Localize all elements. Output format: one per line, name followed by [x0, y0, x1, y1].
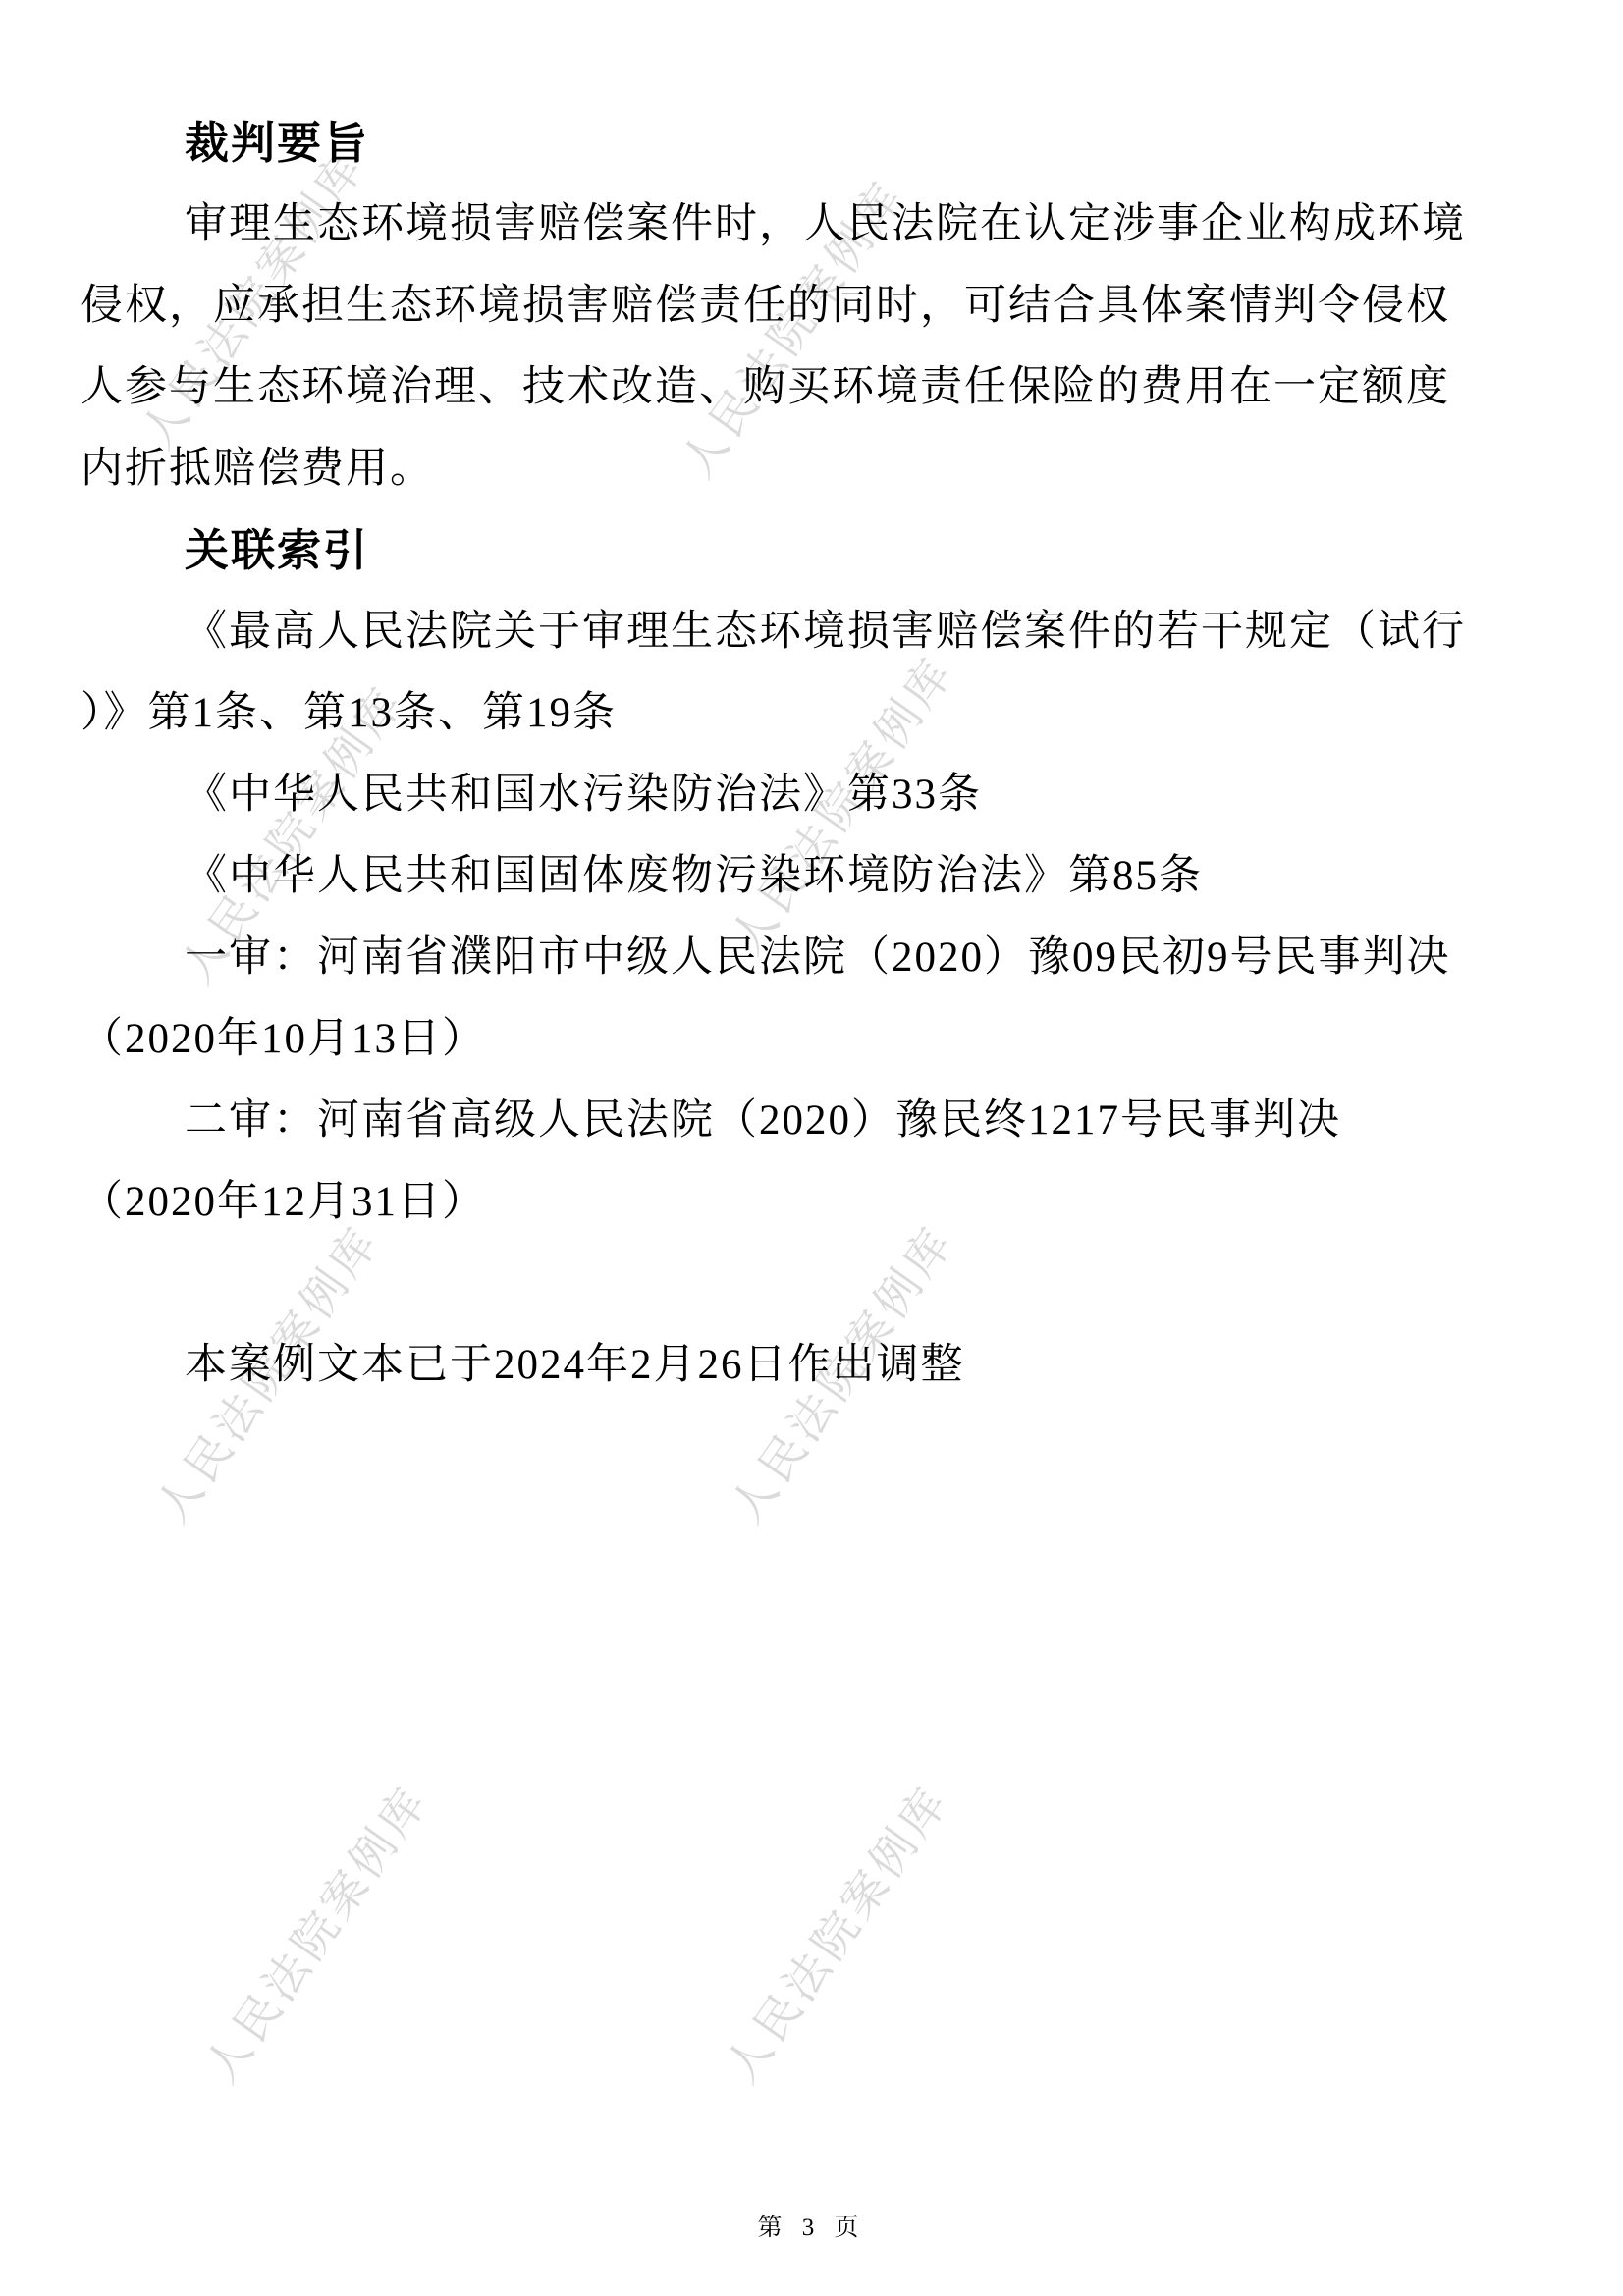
- body-line: （2020年12月31日）: [81, 1161, 1542, 1243]
- page-footer: 第 3 页: [0, 2207, 1623, 2250]
- body-line: ）》第1条、第13条、第19条: [81, 672, 1542, 754]
- body-line: 《中华人民共和国固体废物污染环境防治法》第85条: [81, 835, 1542, 917]
- body-line: （2020年10月13日）: [81, 998, 1542, 1080]
- watermark-text: 人民法院案例库: [690, 1744, 980, 2119]
- document-page: 人民法院案例库 人民法院案例库 人民法院案例库 人民法院案例库 人民法院案例库 …: [0, 0, 1623, 2296]
- body-line: 一审：河南省濮阳市中级人民法院（2020）豫09民初9号民事判决: [81, 917, 1542, 998]
- heading-related-index: 关联索引: [81, 509, 1542, 591]
- heading-adjudication-gist: 裁判要旨: [81, 102, 1542, 184]
- body-line: 侵权，应承担生态环境损害赔偿责任的同时，可结合具体案情判令侵权: [81, 265, 1542, 347]
- body-line: 人参与生态环境治理、技术改造、购买环境责任保险的费用在一定额度: [81, 347, 1542, 428]
- body-line: 《中华人民共和国水污染防治法》第33条: [81, 754, 1542, 835]
- page-number: 第 3 页: [757, 2215, 865, 2241]
- note-line: 本案例文本已于2024年2月26日作出调整: [81, 1324, 1542, 1406]
- body-line: 二审：河南省高级人民法院（2020）豫民终1217号民事判决: [81, 1080, 1542, 1161]
- body-line: 内折抵赔偿费用。: [81, 428, 1542, 509]
- blank-line: [81, 1243, 1542, 1324]
- body-line: 审理生态环境损害赔偿案件时，人民法院在认定涉事企业构成环境: [81, 184, 1542, 265]
- watermark-text: 人民法院案例库: [170, 1744, 460, 2119]
- body-line: 《最高人民法院关于审理生态环境损害赔偿案件的若干规定（试行: [81, 591, 1542, 672]
- document-body: 裁判要旨 审理生态环境损害赔偿案件时，人民法院在认定涉事企业构成环境 侵权，应承…: [81, 102, 1542, 1406]
